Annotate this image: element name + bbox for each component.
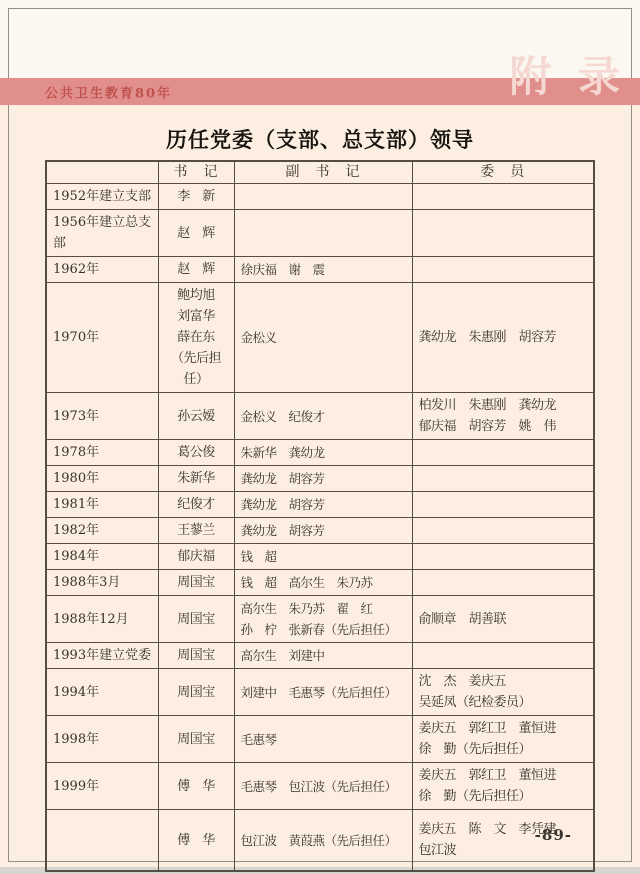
deputy-cell: 高尔生 刘建中 xyxy=(234,643,412,669)
members-cell: 龚幼龙 朱惠刚 胡容芳 xyxy=(412,283,594,393)
members-cell: 柏发川 朱惠刚 龚幼龙 郁庆福 胡容芳 姚 伟 xyxy=(412,393,594,440)
deputy-cell: 金松义 xyxy=(234,283,412,393)
header-cell-secretary: 书 记 xyxy=(158,161,234,184)
page-number: -89- xyxy=(535,826,572,844)
secretary-cell: 李 新 xyxy=(158,184,234,210)
members-cell xyxy=(412,210,594,257)
year-cell: 1988年12月 xyxy=(46,596,158,643)
members-cell xyxy=(412,257,594,283)
year-cell: 1980年 xyxy=(46,466,158,492)
header-cell-deputy: 副 书 记 xyxy=(234,161,412,184)
section-title-appendix: 附 录 xyxy=(509,56,626,98)
table-row: 傅 华 包江波 黄葭燕（先后担任） 姜庆五 陈 文 李凭建 包江波 xyxy=(46,810,594,872)
members-cell: 姜庆五 郭红卫 董恒进 徐 勤（先后担任） xyxy=(412,716,594,763)
leaders-table-body: 1952年建立支部 李 新 1956年建立总支部 赵 辉 1962年 赵 辉 徐… xyxy=(46,184,594,872)
year-cell: 1973年 xyxy=(46,393,158,440)
table-row: 1981年 纪俊才 龚幼龙 胡容芳 xyxy=(46,492,594,518)
members-cell: 姜庆五 郭红卫 董恒进 徐 勤（先后担任） xyxy=(412,763,594,810)
deputy-cell: 钱 超 xyxy=(234,544,412,570)
table-row: 1980年 朱新华 龚幼龙 胡容芳 xyxy=(46,466,594,492)
year-cell: 1962年 xyxy=(46,257,158,283)
year-cell: 1952年建立支部 xyxy=(46,184,158,210)
deputy-cell: 毛惠琴 包江波（先后担任） xyxy=(234,763,412,810)
members-cell xyxy=(412,570,594,596)
deputy-cell: 龚幼龙 胡容芳 xyxy=(234,518,412,544)
page-title: 历任党委（支部、总支部）领导 xyxy=(0,124,640,154)
deputy-cell: 徐庆福 谢 震 xyxy=(234,257,412,283)
deputy-cell: 龚幼龙 胡容芳 xyxy=(234,466,412,492)
table-row: 1952年建立支部 李 新 xyxy=(46,184,594,210)
header-cell-members: 委 员 xyxy=(412,161,594,184)
deputy-cell: 包江波 黄葭燕（先后担任） xyxy=(234,810,412,872)
secretary-cell: 纪俊才 xyxy=(158,492,234,518)
table-row: 1999年 傅 华 毛惠琴 包江波（先后担任） 姜庆五 郭红卫 董恒进 徐 勤（… xyxy=(46,763,594,810)
book-page: 公共卫生教育80年 附 录 历任党委（支部、总支部）领导 书 记 副 书 记 委… xyxy=(0,0,640,874)
deputy-cell: 高尔生 朱乃苏 翟 红 孙 柠 张新春（先后担任） xyxy=(234,596,412,643)
year-cell xyxy=(46,810,158,872)
year-cell: 1994年 xyxy=(46,669,158,716)
table-row: 1956年建立总支部 赵 辉 xyxy=(46,210,594,257)
deputy-cell: 金松义 纪俊才 xyxy=(234,393,412,440)
year-cell: 1978年 xyxy=(46,440,158,466)
secretary-cell: 周国宝 xyxy=(158,596,234,643)
members-cell xyxy=(412,643,594,669)
year-cell: 1981年 xyxy=(46,492,158,518)
table-row: 1970年 鲍均旭 刘富华 薛在东 （先后担任） 金松义 龚幼龙 朱惠刚 胡容芳 xyxy=(46,283,594,393)
table-row: 1978年 葛公俊 朱新华 龚幼龙 xyxy=(46,440,594,466)
deputy-cell: 龚幼龙 胡容芳 xyxy=(234,492,412,518)
table-row: 1973年 孙云嫒 金松义 纪俊才 柏发川 朱惠刚 龚幼龙 郁庆福 胡容芳 姚 … xyxy=(46,393,594,440)
secretary-cell: 傅 华 xyxy=(158,763,234,810)
members-cell xyxy=(412,440,594,466)
banner-title: 公共卫生教育80年 xyxy=(45,82,172,101)
secretary-cell: 赵 辉 xyxy=(158,257,234,283)
year-cell: 1984年 xyxy=(46,544,158,570)
table-row: 1982年 王蓼兰 龚幼龙 胡容芳 xyxy=(46,518,594,544)
secretary-cell: 周国宝 xyxy=(158,716,234,763)
table-row: 1993年建立党委 周国宝 高尔生 刘建中 xyxy=(46,643,594,669)
members-cell: 沈 杰 姜庆五 吴延凤（纪检委员） xyxy=(412,669,594,716)
table-row: 1984年 郁庆福 钱 超 xyxy=(46,544,594,570)
members-cell xyxy=(412,518,594,544)
table-header: 书 记 副 书 记 委 员 xyxy=(46,161,594,184)
year-cell: 1970年 xyxy=(46,283,158,393)
deputy-cell xyxy=(234,210,412,257)
table-row: 1962年 赵 辉 徐庆福 谢 震 xyxy=(46,257,594,283)
deputy-cell: 朱新华 龚幼龙 xyxy=(234,440,412,466)
secretary-cell: 孙云嫒 xyxy=(158,393,234,440)
members-cell xyxy=(412,466,594,492)
secretary-cell: 王蓼兰 xyxy=(158,518,234,544)
secretary-cell: 周国宝 xyxy=(158,570,234,596)
members-cell: 俞顺章 胡善联 xyxy=(412,596,594,643)
secretary-cell: 周国宝 xyxy=(158,669,234,716)
header-cell-year xyxy=(46,161,158,184)
year-cell: 1956年建立总支部 xyxy=(46,210,158,257)
table-row: 1988年3月 周国宝 钱 超 高尔生 朱乃苏 xyxy=(46,570,594,596)
secretary-cell: 葛公俊 xyxy=(158,440,234,466)
secretary-cell: 鲍均旭 刘富华 薛在东 （先后担任） xyxy=(158,283,234,393)
table-row: 1994年 周国宝 刘建中 毛惠琴（先后担任） 沈 杰 姜庆五 吴延凤（纪检委员… xyxy=(46,669,594,716)
deputy-cell: 钱 超 高尔生 朱乃苏 xyxy=(234,570,412,596)
year-cell: 1998年 xyxy=(46,716,158,763)
table-header-row: 书 记 副 书 记 委 员 xyxy=(46,161,594,184)
deputy-cell: 毛惠琴 xyxy=(234,716,412,763)
year-cell: 1999年 xyxy=(46,763,158,810)
secretary-cell: 郁庆福 xyxy=(158,544,234,570)
table-row: 1998年 周国宝 毛惠琴 姜庆五 郭红卫 董恒进 徐 勤（先后担任） xyxy=(46,716,594,763)
deputy-cell xyxy=(234,184,412,210)
secretary-cell: 朱新华 xyxy=(158,466,234,492)
members-cell xyxy=(412,492,594,518)
secretary-cell: 傅 华 xyxy=(158,810,234,872)
year-cell: 1988年3月 xyxy=(46,570,158,596)
year-cell: 1993年建立党委 xyxy=(46,643,158,669)
year-cell: 1982年 xyxy=(46,518,158,544)
members-cell xyxy=(412,184,594,210)
table-row: 1988年12月 周国宝 高尔生 朱乃苏 翟 红 孙 柠 张新春（先后担任） 俞… xyxy=(46,596,594,643)
leaders-table: 书 记 副 书 记 委 员 1952年建立支部 李 新 1956年建立总支部 赵… xyxy=(45,160,595,872)
secretary-cell: 周国宝 xyxy=(158,643,234,669)
deputy-cell: 刘建中 毛惠琴（先后担任） xyxy=(234,669,412,716)
members-cell xyxy=(412,544,594,570)
secretary-cell: 赵 辉 xyxy=(158,210,234,257)
